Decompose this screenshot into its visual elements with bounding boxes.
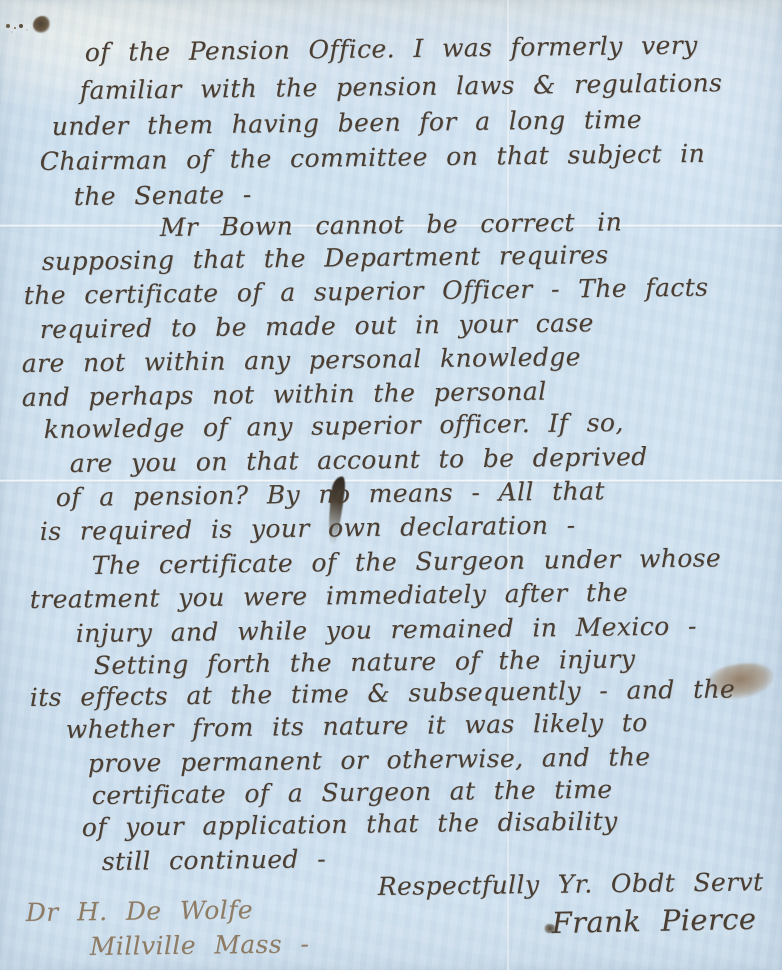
handwriting-line: are you on that account to be deprived bbox=[70, 442, 648, 478]
ink-blot-top-left bbox=[33, 16, 50, 33]
handwriting-line: injury and while you remained in Mexico … bbox=[76, 611, 697, 648]
handwriting-line: certificate of a Surgeon at the time bbox=[92, 775, 613, 810]
handwriting-line: knowledge of any superior officer. If so… bbox=[44, 408, 624, 444]
handwriting-line: whether from its nature it was likely to bbox=[66, 708, 648, 744]
recipient-name-line: Dr H. De Wolfe bbox=[26, 895, 253, 927]
handwriting-line: are not within any personal knowledge bbox=[22, 342, 581, 378]
handwriting-line: The certificate of the Surgeon under who… bbox=[92, 543, 722, 580]
handwriting-line: prove permanent or otherwise, and the bbox=[88, 742, 651, 778]
handwriting-line: the Senate - bbox=[74, 180, 252, 211]
handwriting-line: Chairman of the committee on that subjec… bbox=[40, 139, 706, 176]
handwriting-line: is required is your own declaration - bbox=[40, 510, 576, 546]
handwriting-line: the certificate of a superior Officer - … bbox=[24, 273, 709, 310]
handwriting-line: treatment you were immediately after the bbox=[30, 578, 629, 614]
handwriting-line: familiar with the pension laws & regulat… bbox=[80, 68, 723, 105]
handwriting-line: under them having been for a long time bbox=[52, 105, 643, 141]
signature: Frank Pierce bbox=[551, 902, 756, 940]
recipient-address-line: Millville Mass - bbox=[90, 929, 310, 961]
handwriting-line: of a pension? By no means - All that bbox=[56, 476, 605, 512]
handwriting-line: of your application that the disability bbox=[82, 806, 618, 842]
letter-page: of the Pension Office. I was formerly ve… bbox=[0, 0, 782, 970]
handwriting-line: its effects at the time & subsequently -… bbox=[30, 674, 736, 712]
ink-specks-top-left bbox=[6, 24, 10, 28]
handwriting-line: supposing that the Department requires bbox=[42, 240, 609, 276]
handwriting-line: Setting forth the nature of the injury bbox=[94, 644, 636, 680]
handwriting-line: still continued - bbox=[102, 844, 327, 876]
handwriting-line: required to be made out in your case bbox=[40, 308, 594, 344]
handwriting-line: Mr Bown cannot be correct in bbox=[160, 207, 623, 242]
closing-line: Respectfully Yr. Obdt Servt bbox=[378, 867, 764, 901]
handwriting-line: of the Pension Office. I was formerly ve… bbox=[85, 31, 698, 67]
handwriting-line: and perhaps not within the personal bbox=[22, 377, 547, 412]
